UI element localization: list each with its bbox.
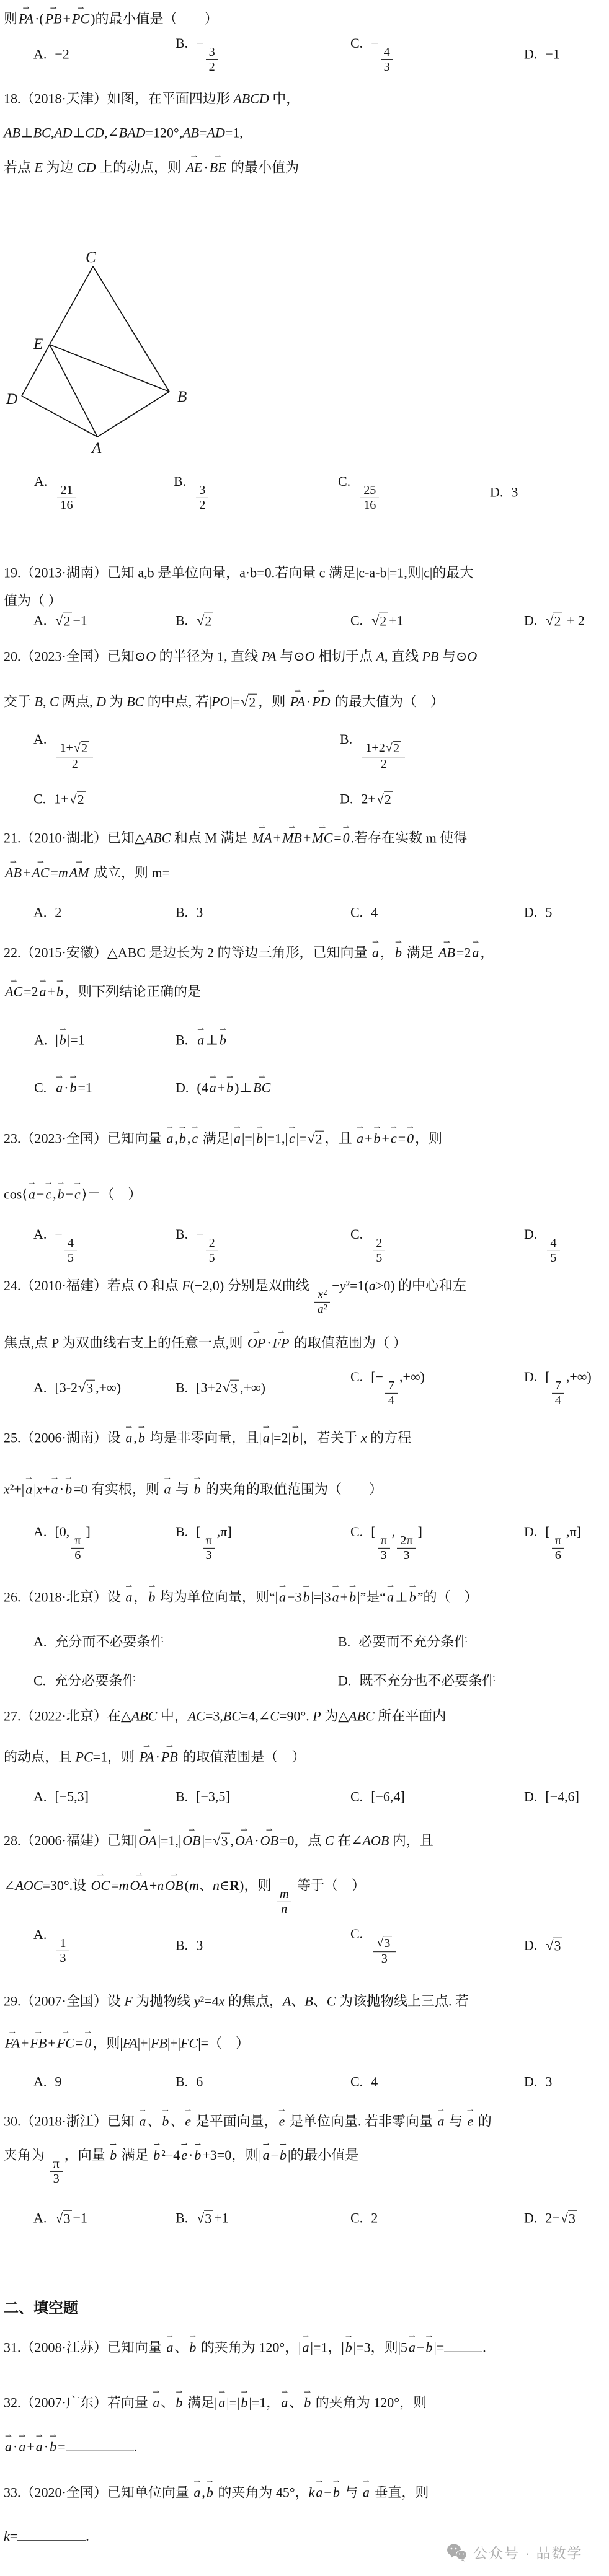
question-text-line: 21.（2010·湖北）已知△ABC 和点 M 满足 MA+MB+MC=0.若存… [4,829,467,848]
vector: a [125,1588,132,1607]
vector: b [349,1588,356,1607]
option-C: C.4 [350,904,378,922]
vector: OB [260,1831,278,1850]
option-C: C.[−74,+∞) [350,1368,425,1408]
option-D: D.3 [490,484,518,502]
vector: b [189,2338,196,2357]
option-D: D.√3 [524,1937,563,1955]
option-B: B.[3+2√3,+∞) [176,1379,265,1397]
vector: b [50,2437,56,2456]
option-label: D. [524,1937,537,1955]
vector: OB [165,1876,183,1895]
option-D: D.2−√3 [524,2210,578,2228]
question-text-line: 28.（2006·福建）已知|OA|=1,|OB|=√3,OA·OB=0，点 C… [4,1831,433,1850]
vector: a [40,982,47,1001]
vector: a [234,1129,241,1148]
option-label: C. [350,35,363,53]
option-B: B.√2 [176,612,214,630]
vector: b [292,1428,299,1448]
vector: OC [91,1876,110,1895]
vector: a [197,1031,204,1050]
option-label: D. [490,484,503,502]
option-label: C. [33,1673,46,1690]
vector: AM [69,863,89,882]
question-text-line: 31.（2008·江苏）已知向量 a、b 的夹角为 120°，|a|=1，|b|… [4,2338,486,2357]
vector: b [425,2338,432,2357]
vector: a [281,2393,288,2412]
vector: OA [138,1831,156,1850]
vector: FP [273,1334,290,1353]
vector: a [409,2338,416,2357]
question-text-line: 的动点，且 PC=1，则 PA·PB 的取值范围是（ ） [4,1747,305,1767]
fraction: 25 [206,1236,218,1265]
option-label: B. [174,473,186,491]
fraction: 2π3 [397,1534,416,1563]
vector: b [60,1031,66,1050]
vector: 0 [343,829,350,848]
option-label: D. [524,2073,537,2091]
vector: e [467,2112,473,2131]
fraction: 32 [206,45,218,74]
sqrt: √2 [74,741,89,756]
question-text-line: 27.（2022·北京）在△ABC 中，AC=3,BC=4,∠C=90°. P … [4,1708,446,1726]
vector: a [279,1588,286,1607]
question-text-line: 交于 B, C 两点, D 为 BC 的中点, 若|PO|=√2，则 PA·PD… [4,692,444,711]
sqrt: √3 [546,1938,562,1954]
vector: OP [247,1334,265,1353]
figure-label-B: B [177,389,187,405]
vector: b [207,2483,213,2502]
fraction: π6 [552,1534,564,1563]
option-label: A. [33,1379,47,1397]
vector: b [304,2393,311,2412]
option-label: B. [176,2073,188,2091]
option-A: A.9 [33,2073,61,2091]
vector: BE [210,158,226,177]
question-text-line: 22.（2015·安徽）△ABC 是边长为 2 的等边三角形，已知向量 a，b … [4,943,494,962]
option-label: D. [176,1079,189,1097]
option-B: B.√3+1 [176,2210,229,2228]
option-C: C.1+√2 [33,791,87,809]
option-label: D. [524,1226,537,1244]
vector: b [226,1078,233,1097]
vector: e [185,2112,191,2131]
sqrt: √2 [55,613,72,629]
vector: b [345,2338,352,2357]
watermark-text: 公众号 · 品数学 [473,2542,582,2562]
vector: a [303,2338,309,2357]
option-label: A. [33,1523,47,1541]
option-B: B.3 [176,1937,203,1955]
vector: b [333,2483,340,2502]
option-label: B. [340,731,352,749]
option-label: D. [524,612,537,630]
vector: AE [186,158,203,177]
question-text-line: AB⊥BC,AD⊥CD,∠BAD=120°,AB=AD=1, [4,125,243,143]
question-text-line: 32.（2007·广东）若向量 a、b 满足|a|=|b|=1，a、b 的夹角为… [4,2393,427,2412]
vector: a [164,1480,171,1499]
option-label: B. [176,1937,188,1955]
figure-label-E: E [33,336,43,353]
option-D: D.既不充分也不必要条件 [338,1673,496,1690]
option-B: B.1+2√22 [340,731,407,771]
vector: c [391,1129,397,1148]
option-label: C. [34,1079,47,1097]
question-text-line: AB+AC=mAM 成立，则 m= [4,863,170,882]
sqrt: √3 [561,2210,577,2227]
question-text-line: x²+|a|x+a·b=0 有实根，则 a 与 b 的夹角的取值范围为（ ） [4,1480,383,1499]
fraction: 2516 [360,483,379,512]
option-C: C.25 [350,1226,387,1265]
vector: a [263,1428,270,1448]
option-label: A. [33,46,47,64]
vector: b [148,1588,155,1607]
figure-label-A: A [91,440,102,455]
option-C: C.√2+1 [350,612,404,630]
option-A: A.√2−1 [33,612,87,630]
vector: e [181,2145,187,2165]
option-C: C.4 [350,2073,378,2091]
option-label: A. [33,1926,47,1944]
option-label: D. [524,46,537,64]
vector: b [153,2145,160,2165]
option-label: C. [350,2073,363,2091]
vector: b [374,1129,381,1148]
figure-edge-EA [50,345,97,437]
fraction: 13 [56,1936,69,1966]
option-D: D.3 [524,2073,552,2091]
vector: a [387,1588,394,1607]
figure-edge-CE [50,266,93,345]
vector: a [19,2437,25,2456]
vector: a [332,1588,339,1607]
option-label: B. [176,904,188,922]
fraction: 74 [385,1379,398,1408]
fraction: mn [277,1888,292,1917]
sqrt: √2 [69,791,86,807]
option-D: D.[74,+∞) [524,1368,592,1408]
vector: a [166,1129,173,1148]
vector: a [125,1428,132,1448]
vector: AC [5,982,22,1001]
figure-edge-DA [22,396,97,437]
option-label: D. [338,1673,351,1690]
fraction: 74 [552,1379,564,1408]
option-A: A.1+√22 [33,731,95,771]
option-A: A.充分而不必要条件 [33,1633,164,1651]
vector: MC [312,829,332,848]
figure-label-C: C [86,251,96,266]
option-A: A.[−5,3] [33,1788,89,1806]
question-text-line: ∠AOC=30°.设 OC=mOA+nOB(m、n∈R)，则 mn 等于（ ） [4,1876,365,1917]
sqrt: √3 [78,1380,95,1396]
option-label: A. [33,2210,47,2228]
sqrt: √2 [546,613,562,629]
vector: PB [45,9,62,29]
option-label: B. [176,35,188,53]
option-label: C. [350,612,363,630]
question-text-line: 值为（ ） [4,592,62,610]
vector: MB [282,829,302,848]
vector: a [51,1480,58,1499]
option-A: A.13 [33,1926,71,1966]
option-A: A.|b|=1 [34,1031,85,1050]
sqrt: √3 [376,1936,392,1951]
fraction: 43 [381,45,393,74]
vector: PC [72,9,89,29]
option-A: A.2116 [34,473,78,512]
vector: b [280,2145,287,2165]
fraction: 2116 [57,483,76,512]
sqrt: √3 [55,2210,72,2227]
option-label: D. [524,904,537,922]
option-label: B. [338,1633,350,1651]
vector: b [395,943,402,962]
option-label: A. [33,731,47,749]
question-text-line: cos⟨a−c,b−c⟩＝（ ） [4,1185,141,1204]
question-text-line: 25.（2006·湖南）设 a,b 均是非零向量，且|a|=2|b|，若关于 x… [4,1428,411,1448]
vector: PA [19,9,33,29]
question-text-line: 29.（2007·全国）设 F 为抛物线 y²=4x 的焦点，A、B、C 为该抛… [4,1993,469,2011]
option-D: D.2+√2 [340,791,394,809]
vector: c [74,1185,81,1204]
vector: PA [290,692,305,711]
fraction: 32 [196,483,208,512]
vector: b [194,2145,201,2165]
vector: a [210,1078,216,1097]
question-text-line: 30.（2018·浙江）已知 a、b、e 是平面向量，e 是单位向量. 若非零向… [4,2112,492,2131]
question-text-line: 20.（2023·全国）已知⊙O 的半径为 1, 直线 PA 与⊙O 相切于点 … [4,648,477,666]
vector: b [194,1480,201,1499]
sqrt: √2 [376,791,393,807]
option-D: D.5 [524,904,552,922]
option-A: A.2 [33,904,61,922]
sqrt: √3 [223,1380,239,1396]
vector: c [45,1185,51,1204]
figure-label-D: D [6,391,17,408]
vector: b [70,1078,77,1097]
document-page: 则PA·(PB+PC)的最小值是（ ）A.−2B.−32C.−43D.−118.… [0,0,609,2576]
option-A: A.√3−1 [33,2210,87,2228]
option-B: B.[−3,5] [176,1788,230,1806]
vector: a [472,943,479,962]
option-label: C. [350,1368,363,1386]
option-label: C. [350,1788,363,1806]
option-B: B.−32 [176,35,220,74]
vector: b [110,2145,117,2165]
vector: b [176,2393,182,2412]
question-text-line: k=. [4,2527,89,2545]
vector: e [279,2112,285,2131]
option-C: C.2516 [338,473,381,512]
option-B: B.必要而不充分条件 [338,1633,468,1651]
question-text-line: 焦点,点 P 为双曲线右支上的任意一点,则 OP·FP 的取值范围为（ ） [4,1334,406,1353]
fraction: π3 [50,2157,63,2186]
answer-blank [17,2527,86,2541]
figure-edge-EB [50,345,169,392]
vector: b [56,982,63,1001]
vector: a [263,2145,270,2165]
vector: 0 [407,1129,414,1148]
question-text-line: 33.（2020·全国）已知单位向量 a,b 的夹角为 45°，ka−b 与 a… [4,2483,429,2502]
sqrt: √3 [197,2210,213,2227]
vector: FB [30,2034,47,2053]
option-label: A. [33,904,47,922]
vector: b [409,1588,416,1607]
vector: a [56,1078,63,1097]
option-label: A. [33,1788,47,1806]
option-label: A. [33,1226,47,1244]
vector: a [357,1129,363,1148]
vector: PB [161,1747,178,1767]
option-B: B.−25 [176,1226,220,1265]
option-label: C. [350,2210,363,2228]
vector: 0 [84,2034,91,2053]
option-A: A.−2 [33,46,69,64]
option-C: C.[−6,4] [350,1788,405,1806]
question-text-line: 19.（2013·湖南）已知 a,b 是单位向量，a·b=0.若向量 c 满足|… [4,565,473,582]
option-label: A. [34,1032,47,1050]
vector: b [256,1129,263,1148]
fraction: 45 [64,1236,77,1265]
fraction: 25 [373,1236,385,1265]
sqrt: √2 [308,1131,324,1147]
vector: a [218,2393,225,2412]
sqrt: √2 [197,613,213,629]
vector: a [5,2437,12,2456]
option-C: C.√33 [350,1925,398,1966]
option-label: D. [524,1788,537,1806]
fraction: 1+√22 [56,741,93,771]
option-B: B.32 [174,473,210,512]
option-D: D.[π6,π] [524,1523,581,1563]
option-label: C. [350,904,363,922]
option-D: D.[−4,6] [524,1788,579,1806]
question-text-line: 则PA·(PB+PC)的最小值是（ ） [4,9,218,29]
fraction: π6 [71,1534,84,1563]
option-label: D. [524,1523,537,1541]
question-text-line: a·a+a·b=. [4,2437,137,2456]
option-label: D. [524,1368,537,1386]
option-label: B. [176,612,188,630]
sqrt: √2 [386,741,401,756]
vector: a [437,2112,444,2131]
fraction: 1+2√22 [362,741,405,771]
option-D: D.√2 + 2 [524,612,585,630]
sqrt: √2 [241,694,257,710]
option-B: B.[π3,π] [176,1523,232,1563]
option-C: C.−43 [350,35,395,74]
option-D: D.(4a+b)⊥BC [176,1078,272,1097]
vector: PD [312,692,330,711]
vector: b [138,1428,145,1448]
vector: a [166,2338,173,2357]
section-heading: 二、填空题 [4,2298,78,2318]
question-text-line: 若点 E 为边 CD 上的动点，则 AE·BE 的最小值为 [4,158,299,177]
option-label: A. [33,1633,47,1651]
option-label: C. [350,1226,363,1244]
vector: b [58,1185,64,1204]
vector: a [316,2483,322,2502]
vector: a [29,1185,35,1204]
sqrt: √2 [371,613,388,629]
vector: PA [140,1747,154,1767]
option-D: D.−1 [524,46,560,64]
vector: b [179,1129,186,1148]
vector: OA [130,1876,148,1895]
fraction: π3 [203,1534,215,1563]
vector: AB [438,943,455,962]
figure-edge-CB [93,266,169,392]
question-text-line: 夹角为 π3，向量 b 满足 b²−4e·b+3=0，则|a−b|的最小值是 [4,2145,358,2186]
vector: b [241,2393,247,2412]
option-label: A. [33,2073,47,2091]
vector: b [303,1588,309,1607]
option-label: B. [176,2210,188,2228]
option-B: B.6 [176,2073,203,2091]
answer-blank [444,2339,482,2352]
question-text-line: 26.（2018·北京）设 a，b 均为单位向量，则“|a−3b|=|3a+b|… [4,1588,478,1607]
option-label: B. [176,1379,188,1397]
option-label: D. [524,2210,537,2228]
question-text-line: 24.（2010·福建）若点 O 和点 F(−2,0) 分别是双曲线 x²a²−… [4,1277,466,1317]
vector: a [153,2393,159,2412]
vector: c [289,1129,295,1148]
vector: a [193,2483,200,2502]
vector: AB [5,863,22,882]
fraction: 45 [547,1236,559,1265]
option-C: C.[π3,2π3] [350,1523,422,1563]
option-label: B. [176,1226,188,1244]
vector: b [162,2112,169,2131]
option-label: C. [350,1925,363,1943]
vector: FC [57,2034,74,2053]
vector: a [36,2437,43,2456]
option-label: C. [33,791,46,809]
question-text-line: 23.（2023·全国）已知向量 a,b,c 满足|a|=|b|=1,|c|=√… [4,1129,442,1148]
watermark: 公众号 · 品数学 [447,2542,582,2562]
option-label: C. [350,1523,363,1541]
fraction: √33 [373,1936,396,1966]
fraction: π3 [378,1534,390,1563]
question-text-line: 18.（2018·天津）如图，在平面四边形 ABCD 中， [4,90,300,108]
option-label: B. [176,1523,188,1541]
vector: b [65,1480,72,1499]
option-label: B. [176,1032,188,1050]
vector: OB [182,1831,200,1850]
vector: a [363,2483,370,2502]
vector: BC [253,1078,270,1097]
answer-blank [66,2438,134,2451]
vector: a [139,2112,146,2131]
option-A: A.−45 [33,1226,79,1265]
figure-edge-AB [97,392,169,437]
vector: a [25,1480,32,1499]
option-A: A.[3-2√3,+∞) [33,1379,121,1397]
vector: FA [5,2034,20,2053]
vector: a [372,943,379,962]
fraction: x²a² [314,1288,330,1317]
option-D: D.45 [524,1226,562,1265]
vector: b [220,1031,226,1050]
option-B: B.3 [176,904,203,922]
quadrilateral-figure: CEDBA [6,251,205,455]
option-label: C. [338,473,350,491]
vector: OA [235,1831,253,1850]
vector: AC [32,863,49,882]
option-A: A.[0,π6] [33,1523,91,1563]
vector: MA [252,829,272,848]
